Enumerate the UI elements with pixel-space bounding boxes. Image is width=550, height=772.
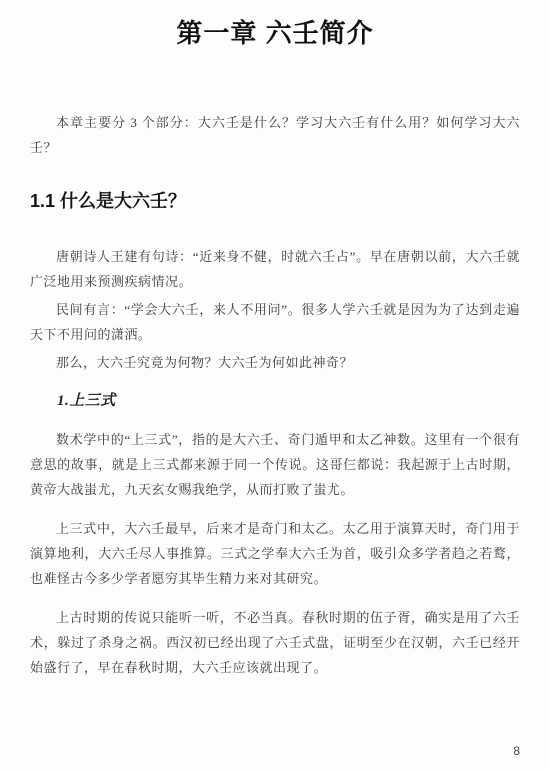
document-page: 第一章 六壬简介 本章主要分 3 个部分：大六壬是什么？学习大六壬有什么用？如何… <box>0 0 550 772</box>
chapter-title: 第一章 六壬简介 <box>30 16 520 50</box>
paragraph-san-shi-legend: 数术学中的“上三式”，指的是大六壬、奇门遁甲和太乙神数。这里有一个很有意思的故事… <box>30 427 520 502</box>
page-number: 8 <box>513 744 520 758</box>
paragraph-tang-poet: 唐朝诗人王建有句诗：“近来身不健，时就六壬占”。早在唐朝以前，大六壬就广泛地用来… <box>30 244 520 294</box>
paragraph-folk-saying: 民间有言：“学会大六壬，来人不用问”。很多人学六壬就是因为为了达到走遍天下不用问… <box>30 297 520 347</box>
section-1-1-heading: 1.1 什么是大六壬？ <box>30 190 520 212</box>
paragraph-san-shi-order: 上三式中，大六壬最早，后来才是奇门和太乙。太乙用于演算天时，奇门用于演算地利，大… <box>30 516 520 591</box>
subsection-san-shi-heading: 1.上三式 <box>30 391 520 411</box>
paragraph-history: 上古时期的传说只能听一听，不必当真。春秋时期的伍子胥，确实是用了六壬术，躲过了杀… <box>30 605 520 680</box>
intro-paragraph: 本章主要分 3 个部分：大六壬是什么？学习大六壬有什么用？如何学习大六壬？ <box>30 110 520 160</box>
paragraph-question: 那么，大六壬究竟为何物？大六壬为何如此神奇？ <box>30 350 520 375</box>
